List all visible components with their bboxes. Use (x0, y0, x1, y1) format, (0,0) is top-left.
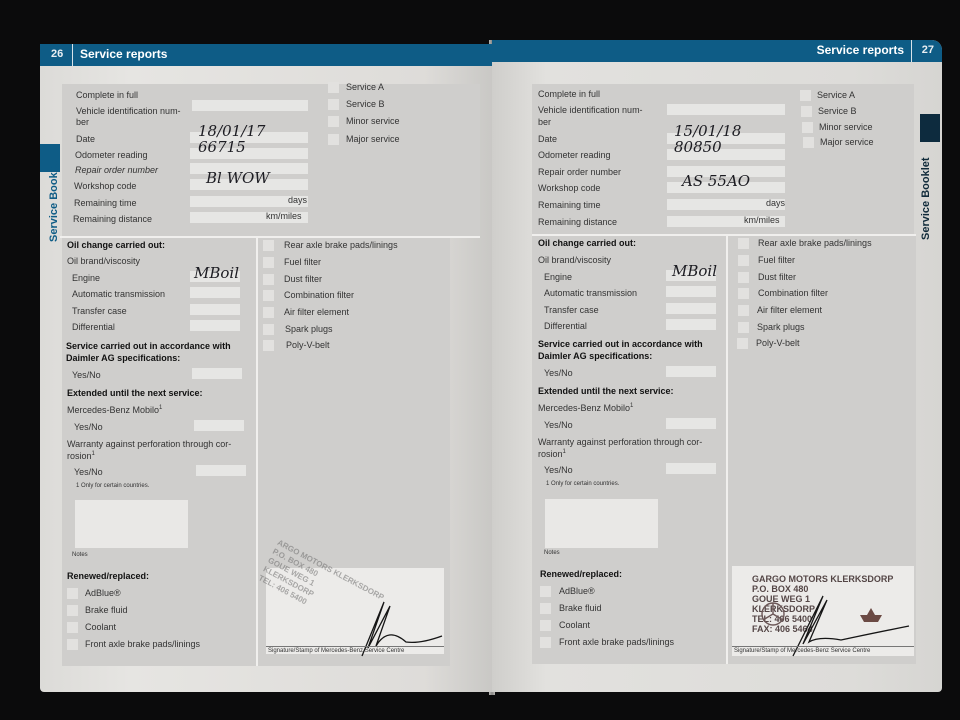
oil-brand-label: Oil brand/viscosity (67, 256, 140, 266)
checkbox-service-b[interactable] (801, 106, 812, 117)
page-title: Service reports (817, 43, 904, 57)
differential-field[interactable] (190, 320, 240, 331)
label-fuel-filter: Fuel filter (758, 255, 795, 265)
header-separator (72, 44, 73, 66)
warranty-text: rosion (538, 449, 563, 459)
label-complete-in-full: Complete in full (76, 90, 138, 100)
checkbox-minor-service[interactable] (328, 116, 339, 127)
transfer-case-field[interactable] (190, 304, 240, 315)
label-major-service: Major service (346, 134, 400, 144)
renewed-heading: Renewed/replaced: (67, 571, 149, 581)
checkbox-dust-filter[interactable] (738, 272, 749, 283)
checkbox-front-axle-brake-pads[interactable] (67, 639, 78, 650)
label-dust-filter: Dust filter (758, 272, 796, 282)
signature-label: Signature/Stamp of Mercedes-Benz Service… (268, 648, 404, 654)
label-remaining-distance: Remaining distance (538, 217, 617, 227)
checkbox-service-a[interactable] (328, 82, 339, 93)
label-air-filter: Air filter element (284, 307, 349, 317)
label-air-filter: Air filter element (757, 305, 822, 315)
label-date: Date (76, 134, 95, 144)
warranty-yes-no-label: Yes/No (544, 465, 573, 475)
checkbox-combination-filter[interactable] (263, 290, 274, 301)
checkbox-coolant[interactable] (67, 622, 78, 633)
label-minor-service: Minor service (346, 116, 400, 126)
right-page: Service reports 27 Service Booklet Compl… (492, 40, 942, 692)
label-transfer-case: Transfer case (544, 305, 599, 315)
notes-label: Notes (72, 552, 88, 558)
daimler-yes-no-field[interactable] (192, 368, 242, 379)
label-workshop-code: Workshop code (74, 181, 136, 191)
side-label: Service Booklet (48, 159, 60, 242)
label-front-axle-brake-pads: Front axle brake pads/linings (85, 639, 200, 649)
label-vin-cont: ber (76, 117, 89, 127)
oil-brand-label: Oil brand/viscosity (538, 255, 611, 265)
odometer-value: 66715 (198, 138, 246, 156)
page-number: 27 (922, 44, 934, 56)
label-remaining-time: Remaining time (74, 198, 137, 208)
checkbox-dust-filter[interactable] (263, 274, 274, 285)
vehicle-info-panel: Complete in full Vehicle identification … (62, 84, 480, 236)
warranty-label-2: rosion1 (67, 451, 95, 461)
label-adblue: AdBlue® (559, 586, 595, 596)
label-poly-v-belt: Poly-V-belt (756, 338, 800, 348)
label-coolant: Coolant (85, 622, 116, 632)
label-vin: Vehicle identification num- (538, 105, 643, 115)
checkbox-coolant[interactable] (540, 620, 551, 631)
label-front-axle-brake-pads: Front axle brake pads/linings (559, 637, 674, 647)
notes-label: Notes (544, 550, 560, 556)
label-spark-plugs: Spark plugs (285, 324, 333, 334)
vin-field[interactable] (667, 104, 785, 115)
label-complete-in-full: Complete in full (538, 89, 600, 99)
label-rear-axle-brake-pads: Rear axle brake pads/linings (284, 240, 398, 250)
checklist-panel: Rear axle brake pads/linings Fuel filter… (728, 236, 916, 664)
section-tab-marker (920, 114, 940, 142)
footnote: 1 Only for certain countries. (546, 481, 619, 487)
oil-change-panel: Oil change carried out: Oil brand/viscos… (532, 236, 726, 664)
checkbox-air-filter[interactable] (263, 307, 274, 318)
checkbox-fuel-filter[interactable] (263, 257, 274, 268)
checkbox-major-service[interactable] (328, 134, 339, 145)
checkbox-adblue[interactable] (540, 586, 551, 597)
checkbox-brake-fluid[interactable] (540, 603, 551, 614)
checkbox-air-filter[interactable] (738, 305, 749, 316)
label-minor-service: Minor service (819, 122, 873, 132)
unit-days: days (288, 195, 307, 205)
page-number: 26 (51, 48, 63, 60)
warranty-label-1: Warranty against perforation through cor… (67, 439, 231, 449)
daimler-heading-2: Daimler AG specifications: (538, 351, 652, 361)
side-label: Service Booklet (920, 157, 932, 240)
checkbox-poly-v-belt[interactable] (263, 340, 274, 351)
checkbox-poly-v-belt[interactable] (737, 338, 748, 349)
mobilo-yes-no-field[interactable] (666, 418, 716, 429)
warranty-yes-no-field[interactable] (666, 463, 716, 474)
vin-field[interactable] (192, 100, 308, 111)
label-coolant: Coolant (559, 620, 590, 630)
label-dust-filter: Dust filter (284, 274, 322, 284)
label-odometer: Odometer reading (75, 150, 148, 160)
page-header: Service reports 27 (492, 40, 942, 62)
signature-label: Signature/Stamp of Mercedes-Benz Service… (734, 648, 870, 654)
signature-line (732, 646, 914, 647)
daimler-yes-no-field[interactable] (666, 366, 716, 377)
label-brake-fluid: Brake fluid (559, 603, 602, 613)
label-service-b: Service B (346, 99, 385, 109)
label-combination-filter: Combination filter (758, 288, 828, 298)
engine-oil-value: MBoil (672, 262, 717, 280)
label-odometer: Odometer reading (538, 150, 611, 160)
footnote-marker: 1 (630, 403, 633, 409)
label-date: Date (538, 134, 557, 144)
warranty-yes-no-field[interactable] (196, 465, 246, 476)
label-brake-fluid: Brake fluid (85, 605, 128, 615)
extended-heading: Extended until the next service: (538, 386, 674, 396)
unit-km-miles: km/miles (744, 215, 780, 225)
unit-days: days (766, 198, 785, 208)
daimler-heading-1: Service carried out in accordance with (66, 341, 231, 351)
label-repair-order: Repair order number (538, 167, 621, 177)
mobilo-text: Mercedes-Benz Mobilo (538, 403, 630, 413)
page-header: 26 Service reports (40, 44, 492, 66)
label-automatic-transmission: Automatic transmission (544, 288, 637, 298)
warranty-label-1: Warranty against perforation through cor… (538, 437, 702, 447)
checkbox-front-axle-brake-pads[interactable] (540, 637, 551, 648)
label-automatic-transmission: Automatic transmission (72, 289, 165, 299)
oil-change-panel: Oil change carried out: Oil brand/viscos… (62, 238, 256, 666)
daimler-heading-1: Service carried out in accordance with (538, 339, 703, 349)
label-rear-axle-brake-pads: Rear axle brake pads/linings (758, 238, 872, 248)
mobilo-label: Mercedes-Benz Mobilo1 (67, 405, 162, 415)
warranty-yes-no-label: Yes/No (74, 467, 103, 477)
label-vin-cont: ber (538, 117, 551, 127)
unit-km-miles: km/miles (266, 211, 302, 221)
auto-transmission-field[interactable] (190, 287, 240, 298)
checkbox-service-a[interactable] (800, 90, 811, 101)
checklist-panel: Rear axle brake pads/linings Fuel filter… (258, 238, 450, 666)
checkbox-spark-plugs[interactable] (738, 322, 749, 333)
checkbox-service-b[interactable] (328, 99, 339, 110)
mobilo-yes-no-label: Yes/No (544, 420, 573, 430)
footnote-marker: 1 (159, 405, 162, 411)
checkbox-combination-filter[interactable] (738, 288, 749, 299)
label-service-a: Service A (346, 82, 384, 92)
label-spark-plugs: Spark plugs (757, 322, 805, 332)
renewed-heading: Renewed/replaced: (540, 569, 622, 579)
label-remaining-time: Remaining time (538, 200, 601, 210)
left-page: 26 Service reports Service Booklet Compl… (40, 44, 492, 692)
label-transfer-case: Transfer case (72, 306, 127, 316)
checkbox-minor-service[interactable] (802, 122, 813, 133)
mobilo-label: Mercedes-Benz Mobilo1 (538, 403, 633, 413)
footnote-marker: 1 (563, 449, 566, 455)
notes-field[interactable] (75, 500, 188, 548)
daimler-yes-no-label: Yes/No (72, 370, 101, 380)
footnote-marker: 1 (92, 451, 95, 457)
signature-line (266, 646, 444, 647)
checkbox-fuel-filter[interactable] (738, 255, 749, 266)
checkbox-rear-axle-brake-pads[interactable] (738, 238, 749, 249)
label-fuel-filter: Fuel filter (284, 257, 321, 267)
checkbox-rear-axle-brake-pads[interactable] (263, 240, 274, 251)
odometer-value: 80850 (674, 138, 722, 156)
label-combination-filter: Combination filter (284, 290, 354, 300)
label-vin: Vehicle identification num- (76, 106, 181, 116)
extended-heading: Extended until the next service: (67, 388, 203, 398)
label-differential: Differential (544, 321, 587, 331)
label-workshop-code: Workshop code (538, 183, 600, 193)
mobilo-yes-no-label: Yes/No (74, 422, 103, 432)
label-service-a: Service A (817, 90, 855, 100)
label-major-service: Major service (820, 137, 874, 147)
label-engine: Engine (544, 272, 572, 282)
label-repair-order: Repair order number (75, 165, 158, 175)
warranty-label-2: rosion1 (538, 449, 566, 459)
footnote: 1 Only for certain countries. (76, 483, 149, 489)
transfer-case-field[interactable] (666, 303, 716, 314)
daimler-yes-no-label: Yes/No (544, 368, 573, 378)
workshop-code-value: Bl WOW (206, 169, 270, 187)
auto-transmission-field[interactable] (666, 286, 716, 297)
oil-change-heading: Oil change carried out: (67, 240, 165, 250)
checkbox-spark-plugs[interactable] (263, 324, 274, 335)
mobilo-text: Mercedes-Benz Mobilo (67, 405, 159, 415)
differential-field[interactable] (666, 319, 716, 330)
page-title: Service reports (80, 47, 167, 61)
workshop-code-value: AS 55AO (682, 172, 750, 190)
mobilo-yes-no-field[interactable] (194, 420, 244, 431)
warranty-text: rosion (67, 451, 92, 461)
label-adblue: AdBlue® (85, 588, 121, 598)
label-differential: Differential (72, 322, 115, 332)
notes-field[interactable] (545, 499, 658, 548)
label-poly-v-belt: Poly-V-belt (286, 340, 330, 350)
oil-change-heading: Oil change carried out: (538, 238, 636, 248)
label-service-b: Service B (818, 106, 857, 116)
checkbox-adblue[interactable] (67, 588, 78, 599)
label-engine: Engine (72, 273, 100, 283)
vehicle-info-panel: Complete in full Vehicle identification … (532, 84, 914, 234)
label-remaining-distance: Remaining distance (73, 214, 152, 224)
daimler-heading-2: Daimler AG specifications: (66, 353, 180, 363)
checkbox-brake-fluid[interactable] (67, 605, 78, 616)
engine-oil-value: MBoil (194, 264, 239, 282)
checkbox-major-service[interactable] (803, 137, 814, 148)
header-separator (911, 40, 912, 62)
